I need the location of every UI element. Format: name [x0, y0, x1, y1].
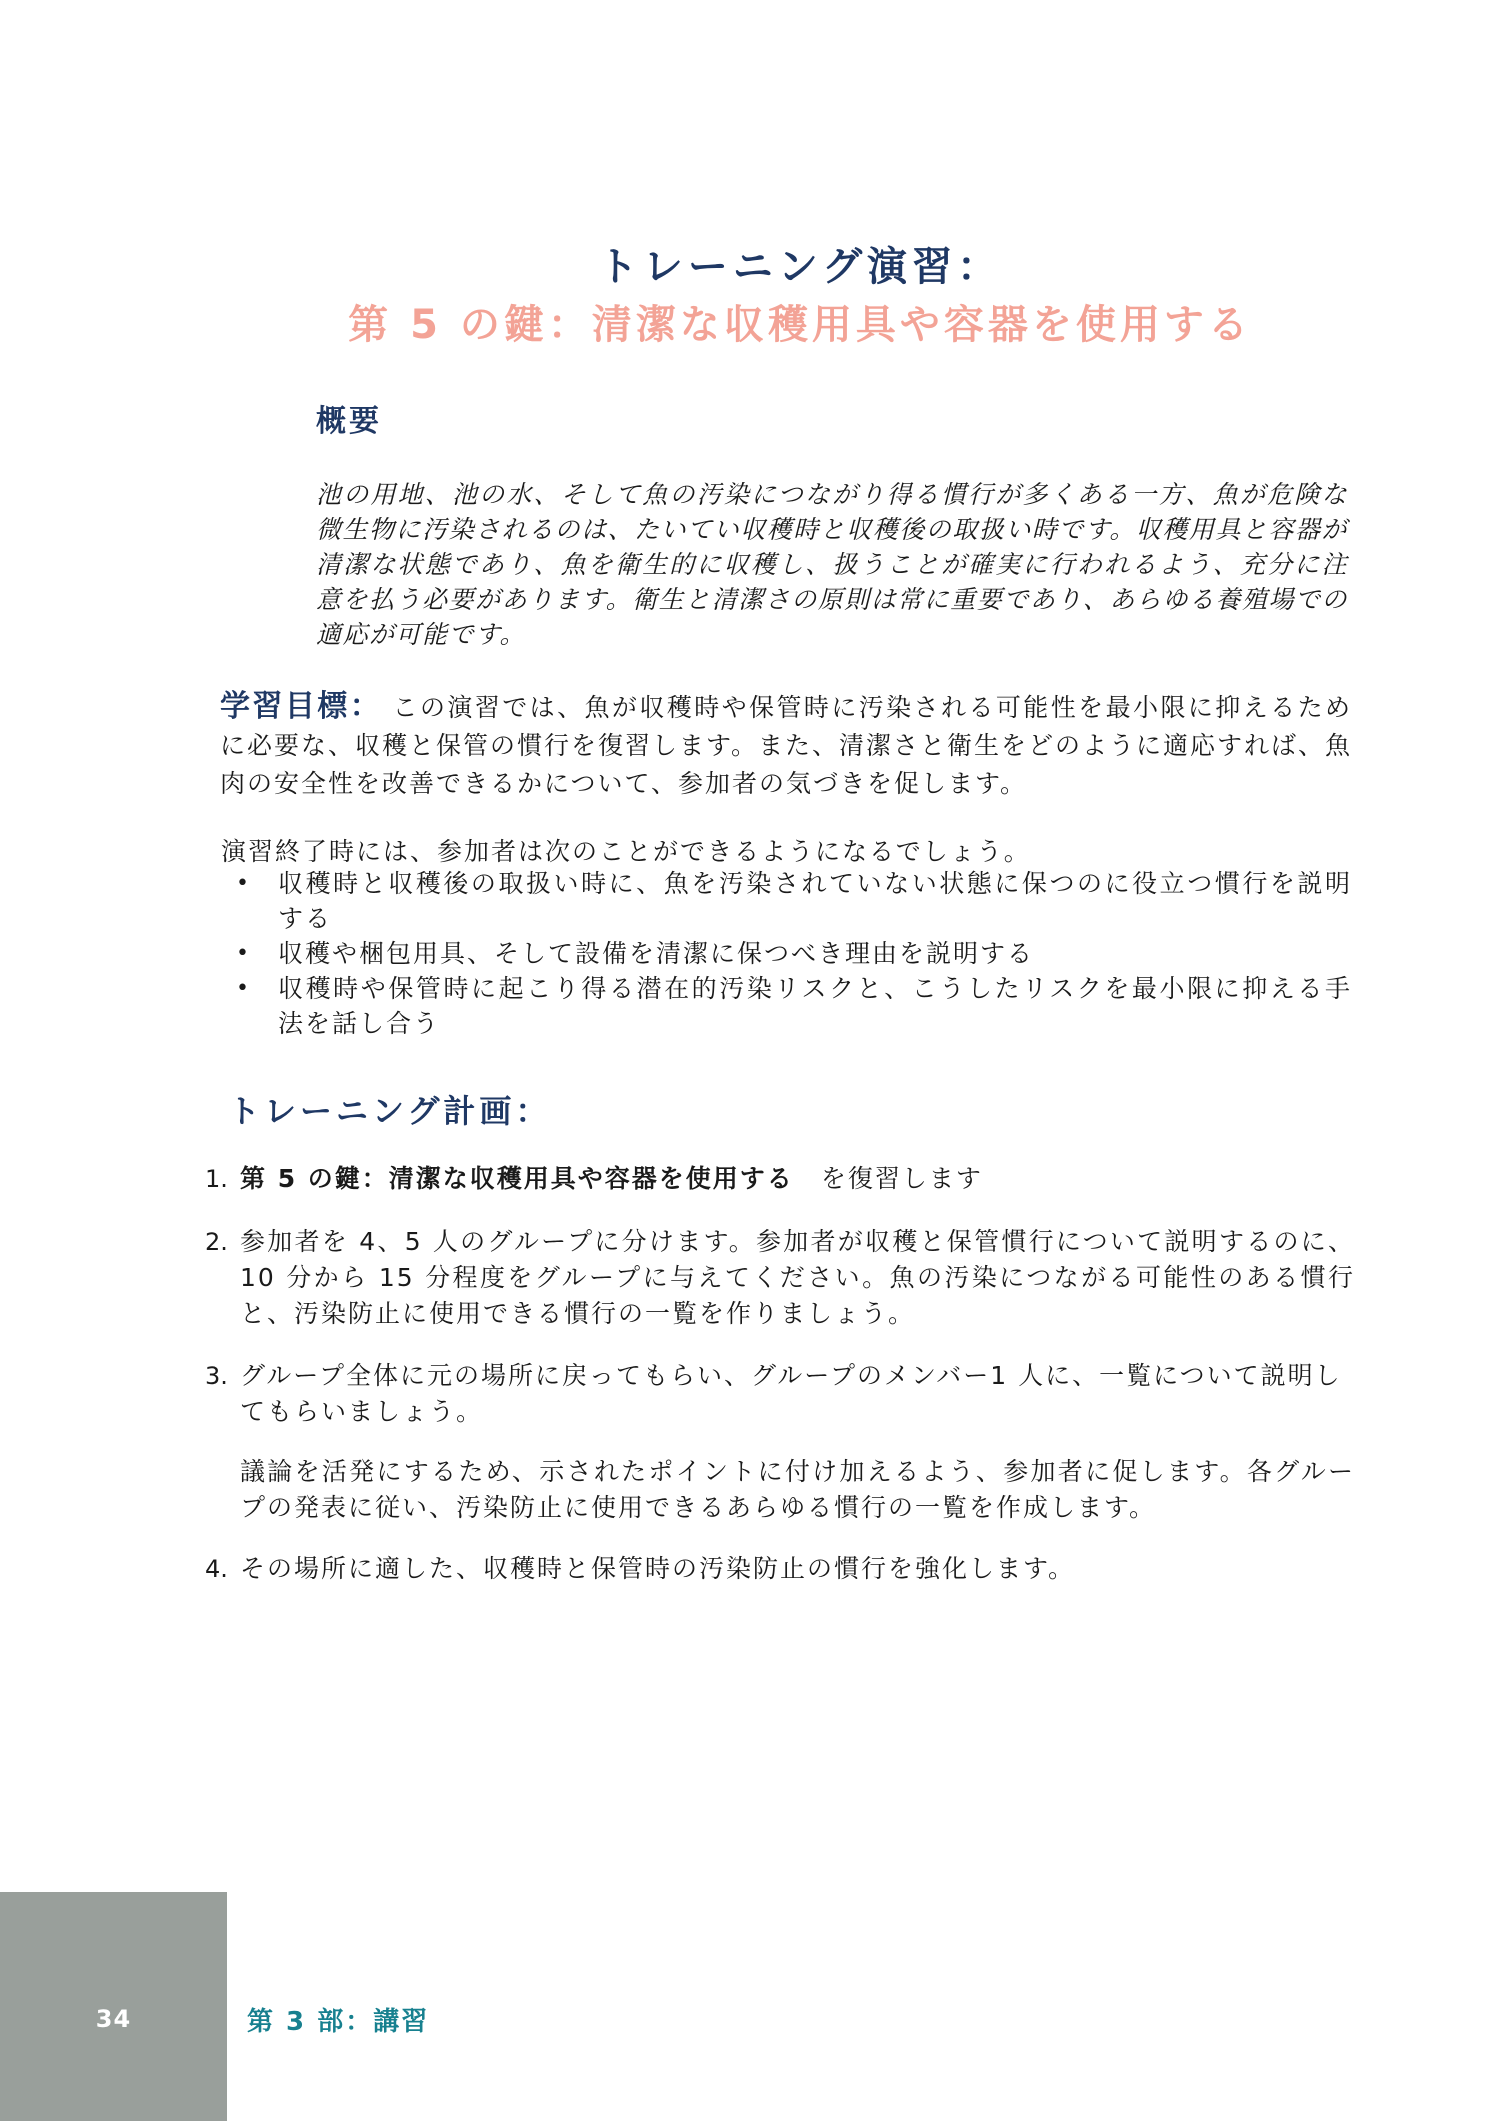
list-item: • 収穫や梱包用具、そして設備を清潔に保つべき理由を説明する: [236, 936, 1352, 971]
overview-heading: 概要: [316, 396, 382, 440]
bullet-icon: •: [236, 971, 251, 1006]
page-subtitle: 第 5 の鍵：清潔な収穫用具や容器を使用する: [150, 301, 1450, 349]
training-plan-heading: トレーニング計画：: [228, 1086, 551, 1132]
step-number: 3.: [205, 1358, 240, 1394]
list-item-text: 収穫時や保管時に起こり得る潜在的汚染リスクと、こうしたリスクを最小限に抑える手法…: [278, 974, 1352, 1038]
footer-section-label: 第 3 部：講習: [247, 2001, 429, 2038]
overview-paragraph: 池の用地、池の水、そして魚の汚染につながり得る慣行が多くある一方、魚が危険な微生…: [316, 477, 1348, 652]
footer-sidebar-block: 34: [0, 1892, 227, 2121]
list-item-text: 収穫や梱包用具、そして設備を清潔に保つべき理由を説明する: [278, 939, 1034, 968]
plan-step-1: 1. 第 5 の鍵：清潔な収穫用具や容器を使用する を復習します: [205, 1161, 1355, 1197]
learning-objectives-text: この演習では、魚が収穫時や保管時に汚染される可能性を最小限に抑えるために必要な、…: [220, 693, 1352, 798]
step-text: 第 5 の鍵：清潔な収穫用具や容器を使用する を復習します: [240, 1161, 1355, 1197]
outcomes-intro: 演習終了時には、参加者は次のことができるようになるでしょう。: [221, 832, 1031, 868]
page-number: 34: [0, 2005, 227, 2033]
list-item: • 収穫時や保管時に起こり得る潜在的汚染リスクと、こうしたリスクを最小限に抑える…: [236, 971, 1352, 1041]
learning-objectives-label: 学習目標：: [220, 689, 382, 724]
page-title: トレーニング演習：: [230, 243, 1370, 291]
plan-step-4: 4. その場所に適した、収穫時と保管時の汚染防止の慣行を強化します。: [205, 1551, 1355, 1587]
document-page: トレーニング演習： 第 5 の鍵：清潔な収穫用具や容器を使用する 概要 池の用地…: [0, 0, 1500, 2121]
step-number: 4.: [205, 1551, 240, 1587]
step-text: 参加者を 4、5 人のグループに分けます。参加者が収穫と保管慣行について説明する…: [240, 1224, 1355, 1332]
plan-step-3-note: 議論を活発にするため、示されたポイントに付け加えるよう、参加者に促します。各グル…: [240, 1454, 1355, 1526]
outcomes-list: • 収穫時と収穫後の取扱い時に、魚を汚染されていない状態に保つのに役立つ慣行を説…: [236, 866, 1352, 1041]
step-text: その場所に適した、収穫時と保管時の汚染防止の慣行を強化します。: [240, 1551, 1355, 1587]
step-rest-text: を復習します: [794, 1164, 983, 1193]
step-number: 2.: [205, 1224, 240, 1260]
step-text: グループ全体に元の場所に戻ってもらい、グループのメンバー1 人に、一覧について説…: [240, 1358, 1355, 1430]
bullet-icon: •: [236, 936, 251, 971]
plan-step-2: 2. 参加者を 4、5 人のグループに分けます。参加者が収穫と保管慣行について説…: [205, 1224, 1355, 1332]
learning-objectives-paragraph: 学習目標： この演習では、魚が収穫時や保管時に汚染される可能性を最小限に抑えるた…: [220, 688, 1352, 803]
list-item: • 収穫時と収穫後の取扱い時に、魚を汚染されていない状態に保つのに役立つ慣行を説…: [236, 866, 1352, 936]
list-item-text: 収穫時と収穫後の取扱い時に、魚を汚染されていない状態に保つのに役立つ慣行を説明す…: [278, 869, 1352, 933]
bullet-icon: •: [236, 866, 251, 901]
step-number: 1.: [205, 1161, 240, 1197]
step-key-phrase: 第 5 の鍵：清潔な収穫用具や容器を使用する: [240, 1164, 794, 1193]
plan-step-3: 3. グループ全体に元の場所に戻ってもらい、グループのメンバー1 人に、一覧につ…: [205, 1358, 1355, 1430]
